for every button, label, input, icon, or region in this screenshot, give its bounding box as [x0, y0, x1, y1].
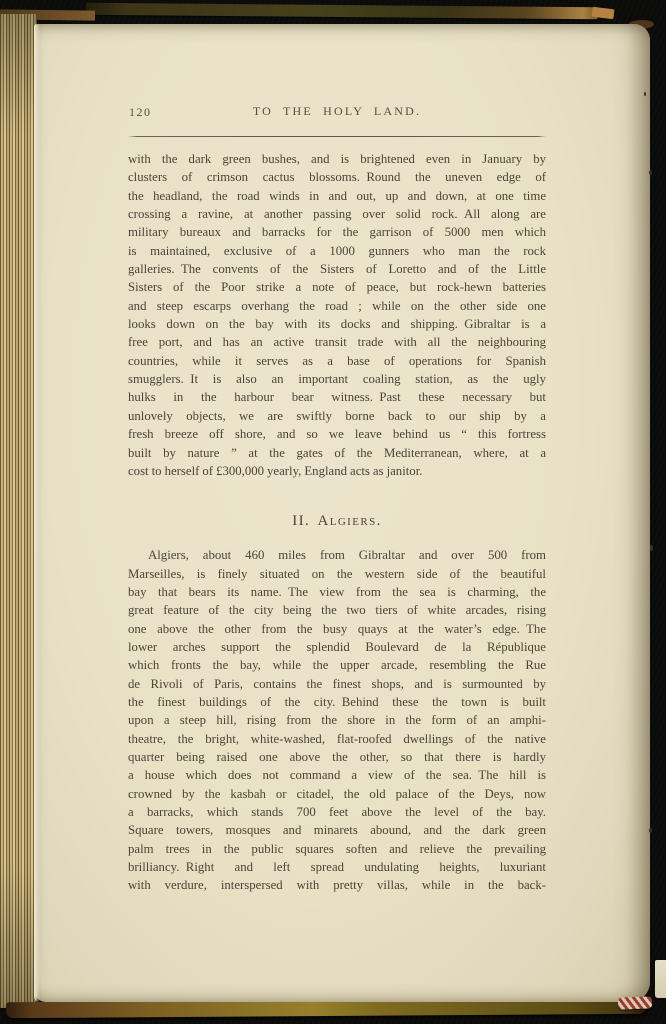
text-line: hulks in the harbour bear witness. Past …	[128, 388, 546, 406]
headband	[618, 996, 652, 1009]
paper-speck	[644, 92, 646, 96]
text-line: de Rivoli of Paris, contains the finest …	[128, 675, 546, 693]
text-line: military bureaux and barracks for the ga…	[128, 223, 546, 241]
running-head: TO THE HOLY LAND.	[128, 104, 546, 119]
text-line: smugglers. It is also an important coali…	[128, 370, 546, 388]
section-heading: II. Algiers.	[128, 513, 546, 531]
page-edge-sliver	[655, 960, 666, 998]
text-line: Algiers, about 460 miles from Gibraltar …	[128, 546, 546, 564]
text-line: crowned by the kasbah or citadel, the ol…	[128, 785, 546, 803]
text-line: free port, and has an active transit tra…	[128, 333, 546, 351]
text-line: Sisters of the Poor strike a note of pea…	[128, 278, 546, 296]
page-block-fore-edge	[0, 14, 37, 1008]
text-line: with the dark green bushes, and is brigh…	[128, 150, 546, 168]
page-header: 120 TO THE HOLY LAND.	[128, 104, 546, 121]
paper-speck	[649, 170, 652, 175]
text-line: a barracks, which stands 700 feet above …	[128, 803, 546, 821]
text-line: fresh breeze off shore, and so we leave …	[128, 425, 546, 443]
scanned-book-photo: 120 TO THE HOLY LAND. with the dark gree…	[0, 0, 666, 1024]
text-line: the finest buildings of the city. Behind…	[128, 693, 546, 711]
paper-speck	[650, 545, 653, 551]
paper-speck	[649, 828, 652, 833]
text-line: and steep escarps overhang the road ; wh…	[128, 297, 546, 315]
text-line: palm trees in the public squares soften …	[128, 840, 546, 858]
page-content: 120 TO THE HOLY LAND. with the dark gree…	[128, 104, 546, 895]
text-line: countries, while it serves as a base of …	[128, 352, 546, 370]
text-line: built by nature ” at the gates of the Me…	[128, 444, 546, 462]
text-line: with verdure, interspersed with pretty v…	[128, 876, 546, 894]
header-rule	[128, 136, 546, 137]
text-line: one above the other from the busy quays …	[128, 620, 546, 638]
text-line: unlovely objects, we are swiftly borne b…	[128, 407, 546, 425]
text-line: crossing a ravine, at another passing ov…	[128, 205, 546, 223]
text-line: Square towers, mosques and minarets abou…	[128, 821, 546, 839]
text-line: looks down on the bay with its docks and…	[128, 315, 546, 333]
text-line: the headland, the road winds in and out,…	[128, 187, 546, 205]
text-line: clusters of crimson cactus blossoms. Rou…	[128, 168, 546, 186]
text-line: bay that bears its name. The view from t…	[128, 583, 546, 601]
text-line: galleries. The convents of the Sisters o…	[128, 260, 546, 278]
text-line: theatre, the bright, white-washed, flat-…	[128, 730, 546, 748]
text-line: quarter being raised one above the other…	[128, 748, 546, 766]
paragraph-algiers: Algiers, about 460 miles from Gibraltar …	[128, 546, 546, 895]
text-line: is maintained, exclusive of a 1000 gunne…	[128, 242, 546, 260]
text-line: which fronts the bay, while the upper ar…	[128, 656, 546, 674]
text-line: brilliancy. Right and left spread undula…	[128, 858, 546, 876]
text-line: Marseilles, is finely situated on the we…	[128, 565, 546, 583]
paragraph-gibraltar: with the dark green bushes, and is brigh…	[128, 150, 546, 480]
book-cover-top-edge	[86, 3, 598, 19]
text-line: a house which does not command a view of…	[128, 766, 546, 784]
text-line: upon a steep hill, rising from the shore…	[128, 711, 546, 729]
text-line: cost to herself of £300,000 yearly, Engl…	[128, 462, 546, 480]
text-line: lower arches support the splendid Boulev…	[128, 638, 546, 656]
text-line: great feature of the city being the two …	[128, 601, 546, 619]
book-page: 120 TO THE HOLY LAND. with the dark gree…	[34, 24, 650, 1002]
page-number: 120	[129, 105, 152, 120]
